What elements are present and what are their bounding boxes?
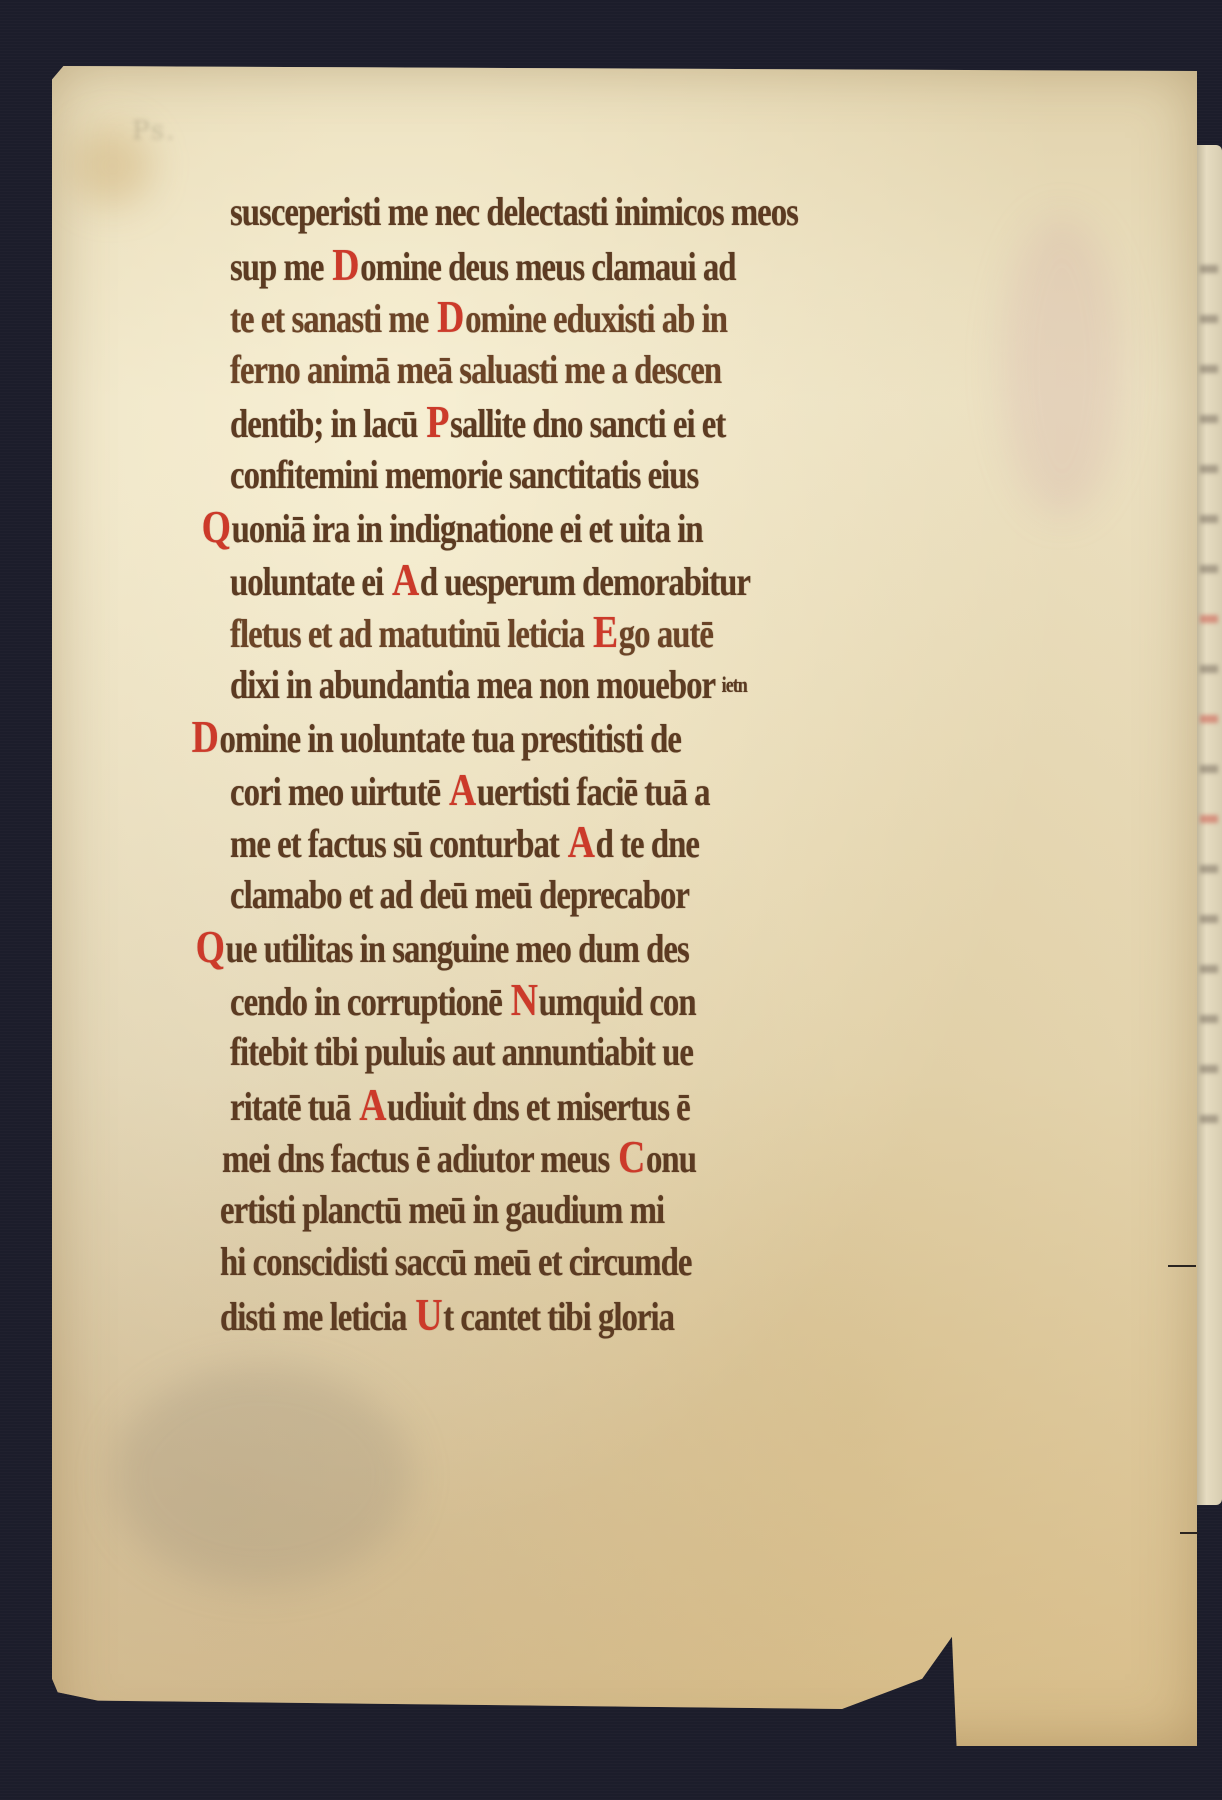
text-line: disti me leticia Ut cantet tibi gloria xyxy=(220,1289,1015,1342)
text-line: me et factus sū conturbat Ad te dne xyxy=(230,816,1017,869)
text-line: susceperisti me nec delectasti inimicos … xyxy=(230,186,1017,239)
text-line: fitebit tibi puluis aut annuntiabit ue xyxy=(230,1026,1017,1079)
rubric-initial: Q xyxy=(196,921,224,974)
text-line: te et sanasti me Domine eduxisti ab in xyxy=(230,291,1017,344)
text-line: Quoniā ira in indignatione ei et uita in xyxy=(200,501,1012,554)
text-line: clamabo et ad deū meū deprecabor xyxy=(230,869,1017,922)
text-line: mei dns factus ē adiutor meus Conu xyxy=(222,1131,1016,1184)
text-line: dentib; in lacū Psallite dno sancti ei e… xyxy=(230,396,1017,449)
text-line: cori meo uirtutē Auertisti faciē tuā a xyxy=(230,764,1017,817)
text-line: ferno animā meā saluasti me a descen xyxy=(230,344,1017,397)
rubric-initial: Q xyxy=(202,501,230,554)
text-line: confitemini memorie sanctitatis eius xyxy=(230,449,1017,502)
rubric-initial: C xyxy=(618,1131,644,1184)
rubric-initial: P xyxy=(426,396,448,449)
text-line: Que utilitas in sanguine meo dum des xyxy=(194,921,1011,974)
rubric-initial: A xyxy=(392,554,418,607)
stain xyxy=(112,1366,412,1586)
adjacent-leaf-edge xyxy=(1196,145,1222,1505)
text-line: cendo in corruptionē Numquid con xyxy=(230,974,1017,1027)
offset-header-text: Ps. xyxy=(132,116,662,152)
rubric-initial: N xyxy=(511,974,537,1027)
text-line: dixi in abundantia mea non moueborietn xyxy=(230,659,1017,712)
edge-mark xyxy=(1168,1265,1196,1267)
rubric-initial: A xyxy=(568,816,594,869)
rubric-initial: E xyxy=(593,606,617,659)
rubric-initial: D xyxy=(332,239,358,292)
margin-gloss: ietn xyxy=(722,672,747,697)
text-line: ritatē tuā Audiuit dns et misertus ē xyxy=(230,1079,1017,1132)
text-line: fletus et ad matutinū leticia Ego autē xyxy=(230,606,1017,659)
edge-mark xyxy=(1180,1532,1198,1534)
psalm-text-block: susceperisti me nec delectasti inimicos … xyxy=(230,186,1190,1341)
text-line: uoluntate ei Ad uesperum demorabitur xyxy=(230,554,1017,607)
manuscript-page: Ps. susceperisti me nec delectasti inimi… xyxy=(52,66,1197,1746)
rubric-initial: A xyxy=(359,1079,385,1132)
rubric-initial: U xyxy=(415,1289,441,1342)
rubric-initial: A xyxy=(449,764,475,817)
rubric-initial: D xyxy=(437,291,463,344)
text-line: sup me Domine deus meus clamaui ad xyxy=(230,239,1017,292)
text-line: Domine in uoluntate tua prestitisti de xyxy=(190,711,1010,764)
text-line: ertisti planctū meū in gaudium mi xyxy=(220,1184,1015,1237)
text-line: hi conscidisti saccū meū et circumde xyxy=(220,1236,1015,1289)
rubric-initial: D xyxy=(192,711,218,764)
